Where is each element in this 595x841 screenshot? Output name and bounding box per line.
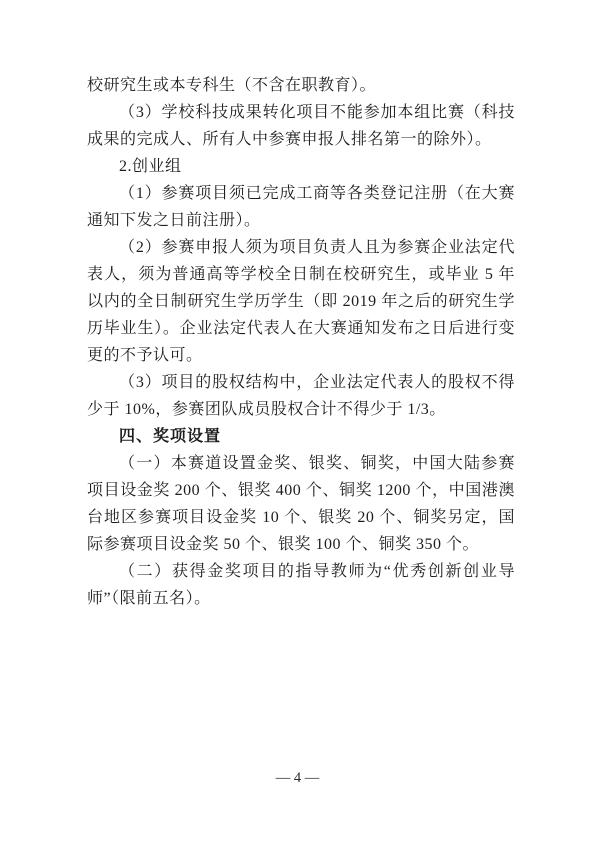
text-line: （一）本赛道设置金奖、银奖、铜奖，中国大陆参赛 (87, 450, 515, 477)
text-line: 师”（限前五名）。 (87, 585, 515, 612)
text-line: 项目设金奖 200 个、银奖 400 个、铜奖 1200 个，中国港澳 (87, 477, 515, 504)
text-line: 历毕业生）。企业法定代表人在大赛通知发布之日后进行变 (87, 315, 515, 342)
text-line: 通知下发之日前注册）。 (87, 207, 515, 234)
text-line: （3）学校科技成果转化项目不能参加本组比赛（科技 (87, 99, 515, 126)
text-line: 2.创业组 (87, 153, 515, 180)
text-line: 成果的完成人、所有人中参赛申报人排名第一的除外）。 (87, 126, 515, 153)
text-line: （二）获得金奖项目的指导教师为“优秀创新创业导 (87, 558, 515, 585)
text-line: 校研究生或本专科生（不含在职教育）。 (87, 72, 515, 99)
text-line: 际参赛项目设金奖 50 个、银奖 100 个、铜奖 350 个。 (87, 531, 515, 558)
text-line: 表人，须为普通高等学校全日制在校研究生，或毕业 5 年 (87, 261, 515, 288)
document-body: 校研究生或本专科生（不含在职教育）。（3）学校科技成果转化项目不能参加本组比赛（… (87, 72, 515, 612)
text-line: 更的不予认可。 (87, 342, 515, 369)
page-number: — 4 — (276, 770, 320, 786)
section-heading: 四、奖项设置 (87, 423, 515, 450)
page-footer: — 4 — (0, 769, 595, 787)
text-line: （3）项目的股权结构中，企业法定代表人的股权不得 (87, 369, 515, 396)
text-line: （1）参赛项目须已完成工商等各类登记注册（在大赛 (87, 180, 515, 207)
text-line: 台地区参赛项目设金奖 10 个、银奖 20 个、铜奖另定，国 (87, 504, 515, 531)
text-line: 少于 10%，参赛团队成员股权合计不得少于 1/3。 (87, 396, 515, 423)
text-line: 以内的全日制研究生学历学生（即 2019 年之后的研究生学 (87, 288, 515, 315)
text-line: （2）参赛申报人须为项目负责人且为参赛企业法定代 (87, 234, 515, 261)
document-page: 校研究生或本专科生（不含在职教育）。（3）学校科技成果转化项目不能参加本组比赛（… (0, 0, 595, 841)
